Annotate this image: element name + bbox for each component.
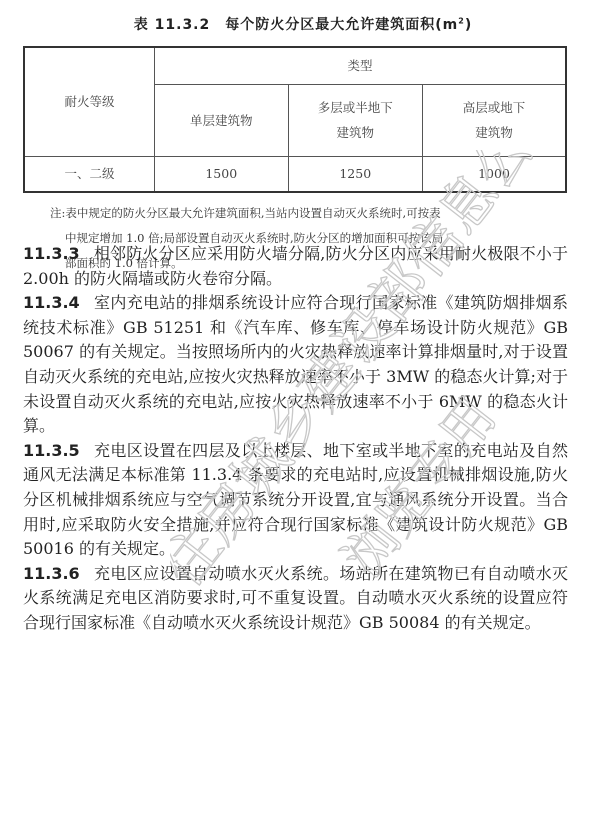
cell-value: 1500 [155,156,289,192]
subheader-multi-storey: 多层或半地下建筑物 [288,84,423,156]
clause-11-3-4: 11.3.4室内充电站的排烟系统设计应符合现行国家标准《建筑防烟排烟系统技术标准… [23,291,568,439]
table-row: 一、二级 1500 1250 1000 [24,156,566,192]
subheader-single-storey: 单层建筑物 [155,84,289,156]
cell-grade: 一、二级 [24,156,155,192]
note-line: 注:表中规定的防火分区最大允许建筑面积,当站内设置自动灭火系统时,可按表 [50,201,570,226]
table-caption: 表 11.3.2 每个防火分区最大允许建筑面积(m2) [0,14,606,34]
clause-11-3-3: 11.3.3相邻防火分区应采用防火墙分隔,防火分区内应采用耐火极限不小于 2.0… [23,242,568,291]
fire-compartment-table: 耐火等级 类型 单层建筑物 多层或半地下建筑物 高层或地下建筑物 一、二级 15… [23,46,567,193]
header-fire-rating: 耐火等级 [24,47,155,156]
clauses: 11.3.3相邻防火分区应采用防火墙分隔,防火分区内应采用耐火极限不小于 2.0… [23,242,568,636]
clause-11-3-6: 11.3.6充电区应设置自动喷水灭火系统。场站所在建筑物已有自动喷水灭火系统满足… [23,562,568,636]
clause-11-3-5: 11.3.5充电区设置在四层及以上楼层、地下室或半地下室的充电站及自然通风无法满… [23,439,568,562]
header-type-group: 类型 [155,47,567,84]
cell-value: 1000 [423,156,566,192]
subheader-high-rise: 高层或地下建筑物 [423,84,566,156]
cell-value: 1250 [288,156,423,192]
